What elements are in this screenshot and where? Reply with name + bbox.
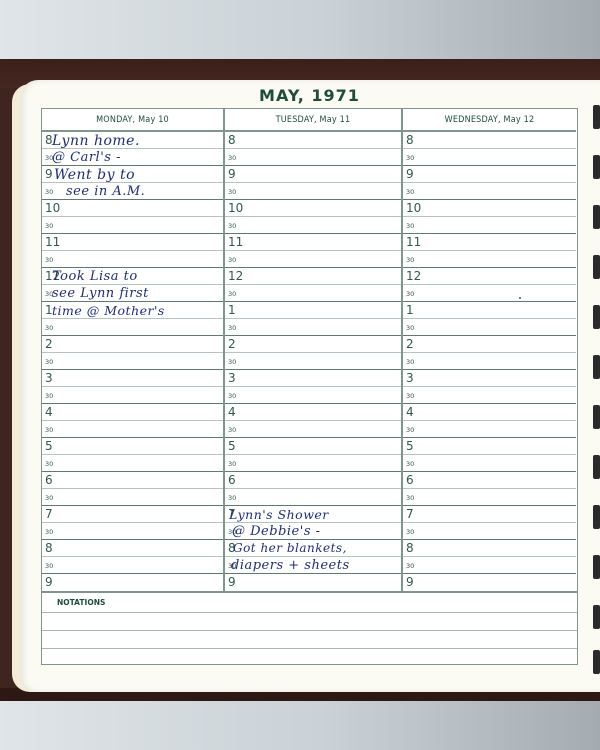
time-slot[interactable]: 30 — [403, 217, 576, 234]
time-slot[interactable]: 4 — [403, 404, 576, 421]
handwritten-note: Took Lisa to — [52, 269, 138, 284]
time-slot[interactable]: 30 — [42, 455, 223, 472]
time-slot[interactable]: 2 — [42, 336, 223, 353]
notations-section: NOTATIONS — [42, 591, 577, 665]
time-slot[interactable]: 30 — [225, 183, 401, 200]
time-slot[interactable]: 5 — [42, 438, 223, 455]
time-slot[interactable]: 10 — [42, 200, 223, 217]
time-slot[interactable]: 30 — [225, 217, 401, 234]
time-slot[interactable]: 2 — [403, 336, 576, 353]
time-slot[interactable]: 30 — [225, 285, 401, 302]
time-slot[interactable]: 30 — [403, 149, 576, 166]
time-slot[interactable]: 30 — [403, 489, 576, 506]
day-column-wednesday: WEDNESDAY, May 12 8309301030113012301302… — [401, 109, 576, 591]
time-slot[interactable]: 7 — [403, 506, 576, 523]
time-slot[interactable]: 30 — [225, 387, 401, 404]
time-slot[interactable]: 30 — [403, 251, 576, 268]
time-slot[interactable]: 30 — [225, 149, 401, 166]
time-slot[interactable]: 30 — [403, 455, 576, 472]
time-slot[interactable]: 30 — [42, 489, 223, 506]
time-slot[interactable]: 30 — [403, 523, 576, 540]
time-slot[interactable]: 7 — [42, 506, 223, 523]
time-slot[interactable]: 30 — [42, 353, 223, 370]
day-header: WEDNESDAY, May 12 — [403, 109, 576, 132]
time-slots: 8309301030113012301302303304305306307308… — [225, 132, 401, 591]
time-slot[interactable]: 8 — [403, 132, 576, 149]
notation-line[interactable] — [42, 649, 577, 667]
time-slot[interactable]: 30 — [42, 217, 223, 234]
time-slots: 8309301030113012301302303304305306307308… — [42, 132, 223, 591]
handwritten-note: time @ Mother's — [52, 303, 165, 318]
time-slot[interactable]: 3 — [42, 370, 223, 387]
day-header: MONDAY, May 10 — [42, 109, 223, 132]
time-slot[interactable]: 30 — [42, 421, 223, 438]
time-slot[interactable]: 6 — [42, 472, 223, 489]
handwritten-note: @ Debbie's - — [232, 524, 321, 539]
month-title: MAY, 1971 — [41, 86, 578, 105]
time-slot[interactable]: 30 — [42, 387, 223, 404]
time-slot[interactable]: 9 — [42, 574, 223, 591]
time-slot[interactable]: 3 — [225, 370, 401, 387]
time-slot[interactable]: 1 — [403, 302, 576, 319]
time-slot[interactable]: 5 — [225, 438, 401, 455]
time-slot[interactable]: 10 — [403, 200, 576, 217]
time-slot[interactable]: 30 — [403, 183, 576, 200]
time-slot[interactable]: 8 — [403, 540, 576, 557]
time-slot[interactable]: 30 — [225, 455, 401, 472]
time-slot[interactable]: 30 — [225, 489, 401, 506]
handwritten-note: diapers + sheets — [231, 558, 350, 573]
time-slot[interactable]: 11 — [42, 234, 223, 251]
handwritten-note: see Lynn first — [52, 286, 149, 301]
time-slot[interactable]: 30 — [403, 387, 576, 404]
time-slot[interactable]: 4 — [225, 404, 401, 421]
notation-line[interactable] — [42, 631, 577, 649]
day-header: TUESDAY, May 11 — [225, 109, 401, 132]
time-slot[interactable]: 3 — [403, 370, 576, 387]
time-slot[interactable]: 30 — [225, 421, 401, 438]
time-slot[interactable]: 12 — [225, 268, 401, 285]
handwritten-note: Lynn's Shower — [229, 507, 329, 522]
time-slot[interactable]: 30 — [225, 251, 401, 268]
time-slot[interactable]: 30 — [403, 421, 576, 438]
notation-line[interactable] — [42, 613, 577, 631]
handwritten-note: Went by to — [54, 167, 135, 183]
notations-label: NOTATIONS — [42, 593, 577, 613]
time-slots: 8309301030113012301302303304305306307308… — [403, 132, 576, 591]
time-slot[interactable]: 11 — [225, 234, 401, 251]
time-slot[interactable]: 9 — [225, 166, 401, 183]
time-slot[interactable]: 8 — [42, 540, 223, 557]
time-slot[interactable]: 2 — [225, 336, 401, 353]
time-slot[interactable]: 4 — [42, 404, 223, 421]
spiral-binding — [592, 105, 600, 675]
time-slot[interactable]: 30 — [225, 353, 401, 370]
time-slot[interactable]: 11 — [403, 234, 576, 251]
handwritten-note: Got her blankets, — [233, 541, 347, 555]
time-slot[interactable]: 6 — [403, 472, 576, 489]
handwritten-note: see in A.M. — [66, 184, 145, 199]
time-slot[interactable]: 30 — [42, 523, 223, 540]
time-slot[interactable]: 9 — [225, 574, 401, 591]
ink-dot — [519, 297, 521, 299]
time-slot[interactable]: 9 — [403, 574, 576, 591]
time-slot[interactable]: 30 — [42, 557, 223, 574]
handwritten-note: @ Carl's - — [52, 150, 121, 165]
time-slot[interactable]: 30 — [225, 319, 401, 336]
time-slot[interactable]: 30 — [403, 285, 576, 302]
time-slot[interactable]: 12 — [403, 268, 576, 285]
time-slot[interactable]: 9 — [403, 166, 576, 183]
time-slot[interactable]: 5 — [403, 438, 576, 455]
time-slot[interactable]: 30 — [403, 319, 576, 336]
time-slot[interactable]: 30 — [403, 557, 576, 574]
time-slot[interactable]: 30 — [403, 353, 576, 370]
handwritten-note: Lynn home. — [52, 133, 140, 149]
time-slot[interactable]: 30 — [42, 319, 223, 336]
time-slot[interactable]: 10 — [225, 200, 401, 217]
time-slot[interactable]: 8 — [225, 132, 401, 149]
time-slot[interactable]: 6 — [225, 472, 401, 489]
time-slot[interactable]: 1 — [225, 302, 401, 319]
time-slot[interactable]: 30 — [42, 251, 223, 268]
